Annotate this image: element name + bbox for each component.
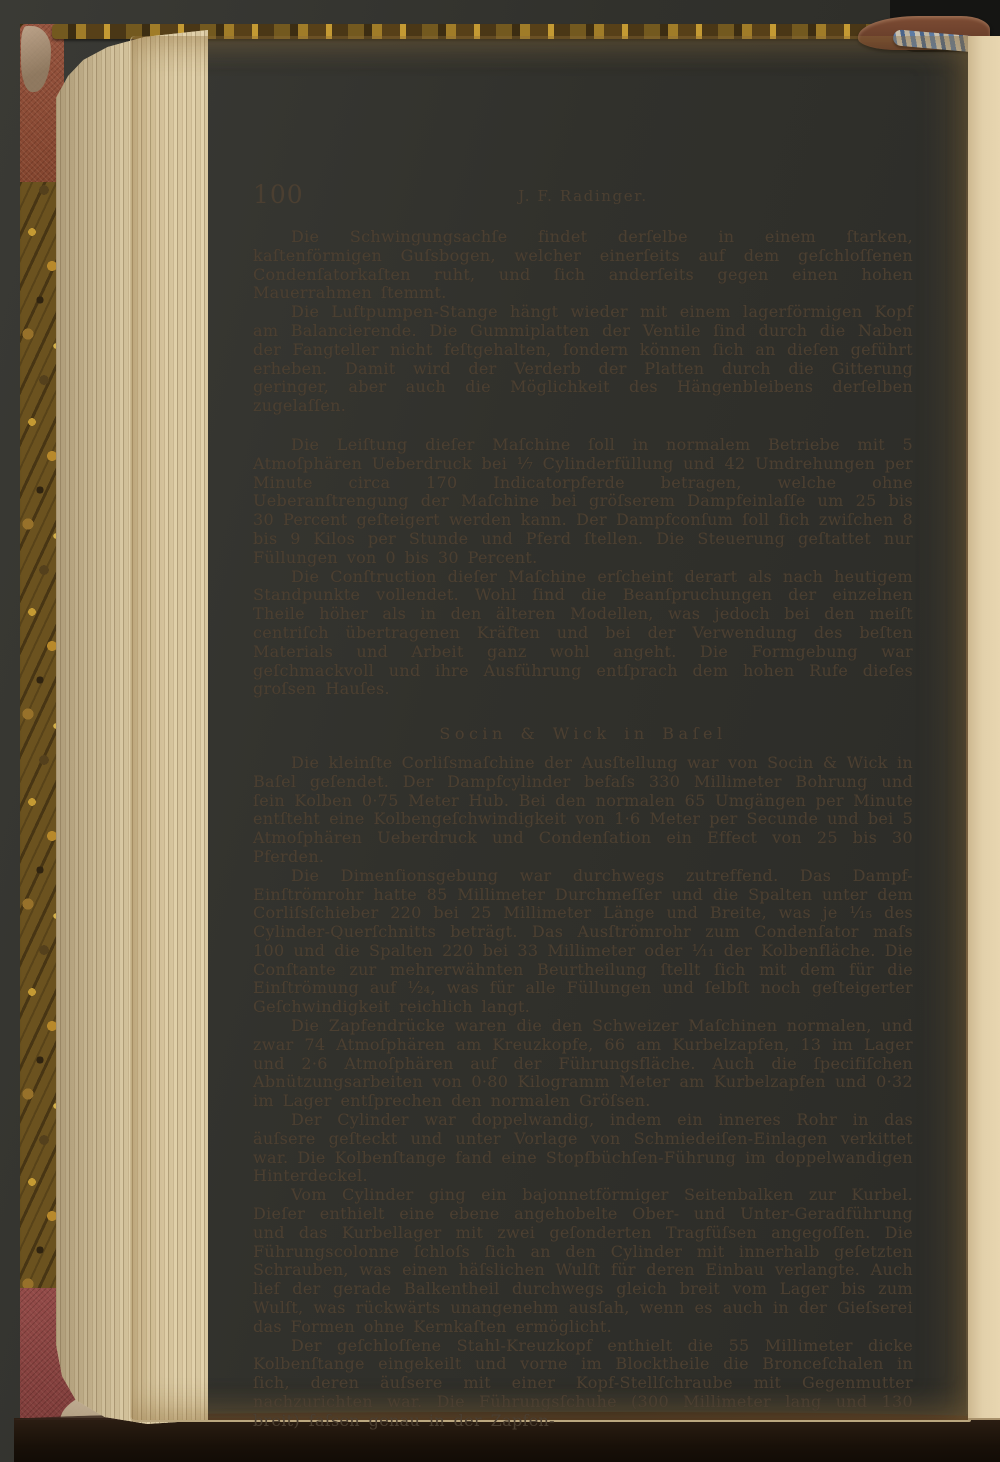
paragraph: Die Schwingungsachſe findet derſelbe in … [253,228,913,303]
book-page: 100 J. F. Radinger. Die Schwingungsachſe… [130,36,971,1422]
facing-page-sliver [968,36,1000,1420]
paragraph: Die Zapfendrücke waren die den Schweizer… [253,1017,913,1111]
worn-patch-top [21,26,51,92]
paragraph: Der geſchloſſene Stahl-Kreuzkopf enthiel… [253,1337,913,1431]
section-heading: Socin & Wick in Baſel [253,725,913,744]
page-header: 100 J. F. Radinger. [253,182,913,228]
paragraph: Die Luftpumpen-Stange hängt wieder mit e… [253,303,913,416]
paragraph: Vom Cylinder ging ein bajonnetförmiger S… [253,1186,913,1336]
gutter-crease [966,130,968,1414]
text-column: Die Schwingungsachſe findet derſelbe in … [253,228,913,1431]
paragraph: Die Dimenſionsgebung war durchwegs zutre… [253,867,913,1017]
page-content: 100 J. F. Radinger. Die Schwingungsachſe… [131,36,971,1431]
paragraph: Die Leiſtung dieſer Maſchine ſoll in nor… [253,436,913,568]
paragraph: Die kleinſte Corliſsmaſchine der Ausſtel… [253,754,913,867]
page-number: 100 [253,180,304,209]
running-head: J. F. Radinger. [253,182,913,205]
paragraph: Der Cylinder war doppelwandig, indem ein… [253,1111,913,1186]
photo-background: 100 J. F. Radinger. Die Schwingungsachſe… [0,0,1000,1462]
paragraph: Die Conſtruction dieſer Maſchine erſchei… [253,568,913,700]
